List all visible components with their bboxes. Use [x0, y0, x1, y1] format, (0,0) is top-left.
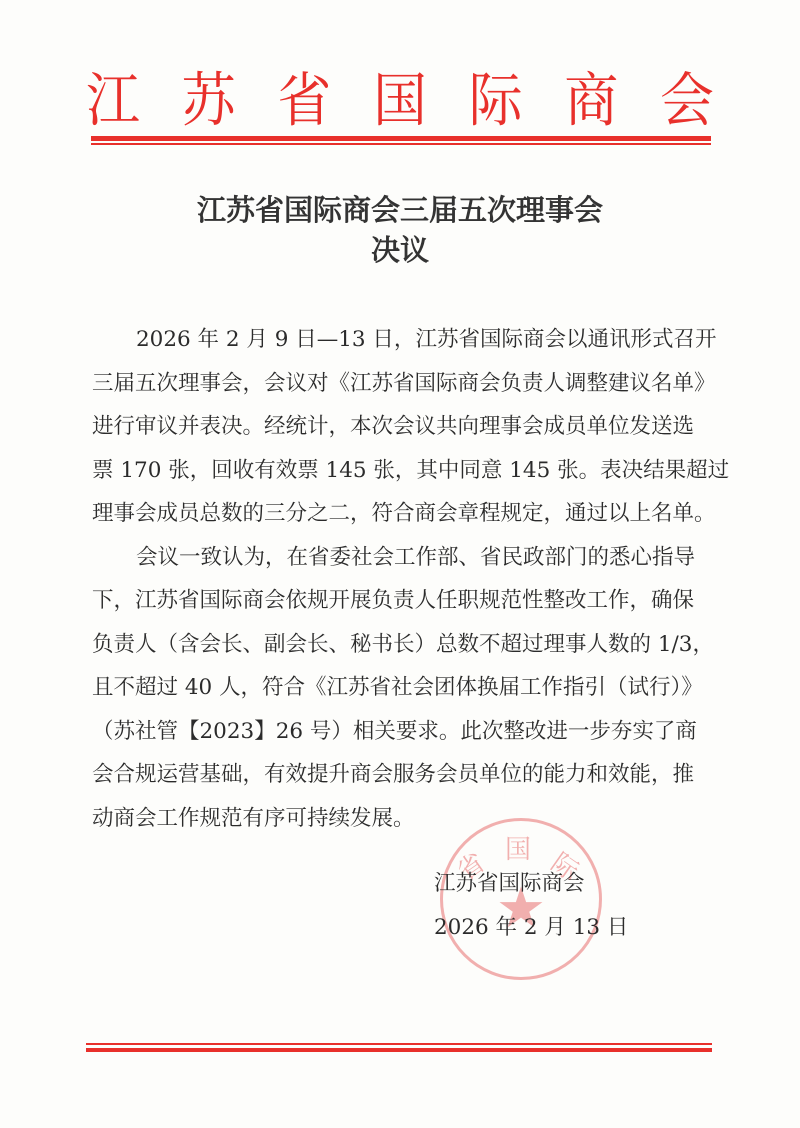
paragraph-1: 2026 年 2 月 9 日—13 日，江苏省国际商会以通讯形式召开 三届五次理…: [92, 318, 714, 536]
letterhead-char: 省: [277, 72, 331, 130]
letterhead-char: 江: [86, 72, 140, 130]
letterhead-char: 商: [564, 72, 618, 130]
header-rule-thin: [91, 143, 711, 145]
letterhead-char: 国: [373, 72, 427, 130]
letterhead: 江 苏 省 国 际 商 会: [86, 66, 714, 136]
document-subtitle: 决议: [0, 228, 800, 269]
seal-char: 国: [505, 829, 531, 866]
footer-rule-thin: [86, 1043, 712, 1045]
text-line: 会议一致认为，在省委社会工作部、省民政部门的悉心指导: [92, 536, 714, 580]
text-line: 且不超过 40 人，符合《江苏省社会团体换届工作指引（试行）》: [92, 666, 714, 710]
text-line: 会合规运营基础，有效提升商会服务会员单位的能力和效能，推: [92, 753, 714, 797]
text-line: 动商会工作规范有序可持续发展。: [92, 797, 714, 841]
document-title: 江苏省国际商会三届五次理事会: [0, 188, 800, 229]
signature-block: 江苏省国际商会 2026 年 2 月 13 日: [434, 866, 628, 946]
header-rule-thick: [91, 136, 711, 141]
text-line: 2026 年 2 月 9 日—13 日，江苏省国际商会以通讯形式召开: [92, 318, 714, 362]
document-body: 2026 年 2 月 9 日—13 日，江苏省国际商会以通讯形式召开 三届五次理…: [92, 318, 714, 840]
text-line: 理事会成员总数的三分之二，符合商会章程规定，通过以上名单。: [92, 492, 714, 536]
text-line: 三届五次理事会，会议对《江苏省国际商会负责人调整建议名单》: [92, 362, 714, 406]
footer-rule-thick: [86, 1048, 712, 1052]
signature-organization: 江苏省国际商会: [434, 866, 628, 902]
text-line: 下，江苏省国际商会依规开展负责人任职规范性整改工作，确保: [92, 579, 714, 623]
signature-date: 2026 年 2 月 13 日: [434, 910, 628, 946]
paragraph-2: 会议一致认为，在省委社会工作部、省民政部门的悉心指导 下，江苏省国际商会依规开展…: [92, 536, 714, 841]
text-line: （苏社管【2023】26 号）相关要求。此次整改进一步夯实了商: [92, 710, 714, 754]
text-line: 进行审议并表决。经统计，本次会议共向理事会成员单位发送选: [92, 405, 714, 449]
text-line: 票 170 张，回收有效票 145 张，其中同意 145 张。表决结果超过: [92, 449, 714, 493]
text-line: 负责人（含会长、副会长、秘书长）总数不超过理事人数的 1/3，: [92, 623, 714, 667]
letterhead-char: 苏: [182, 72, 236, 130]
letterhead-char: 会: [660, 72, 714, 130]
letterhead-char: 际: [469, 72, 523, 130]
